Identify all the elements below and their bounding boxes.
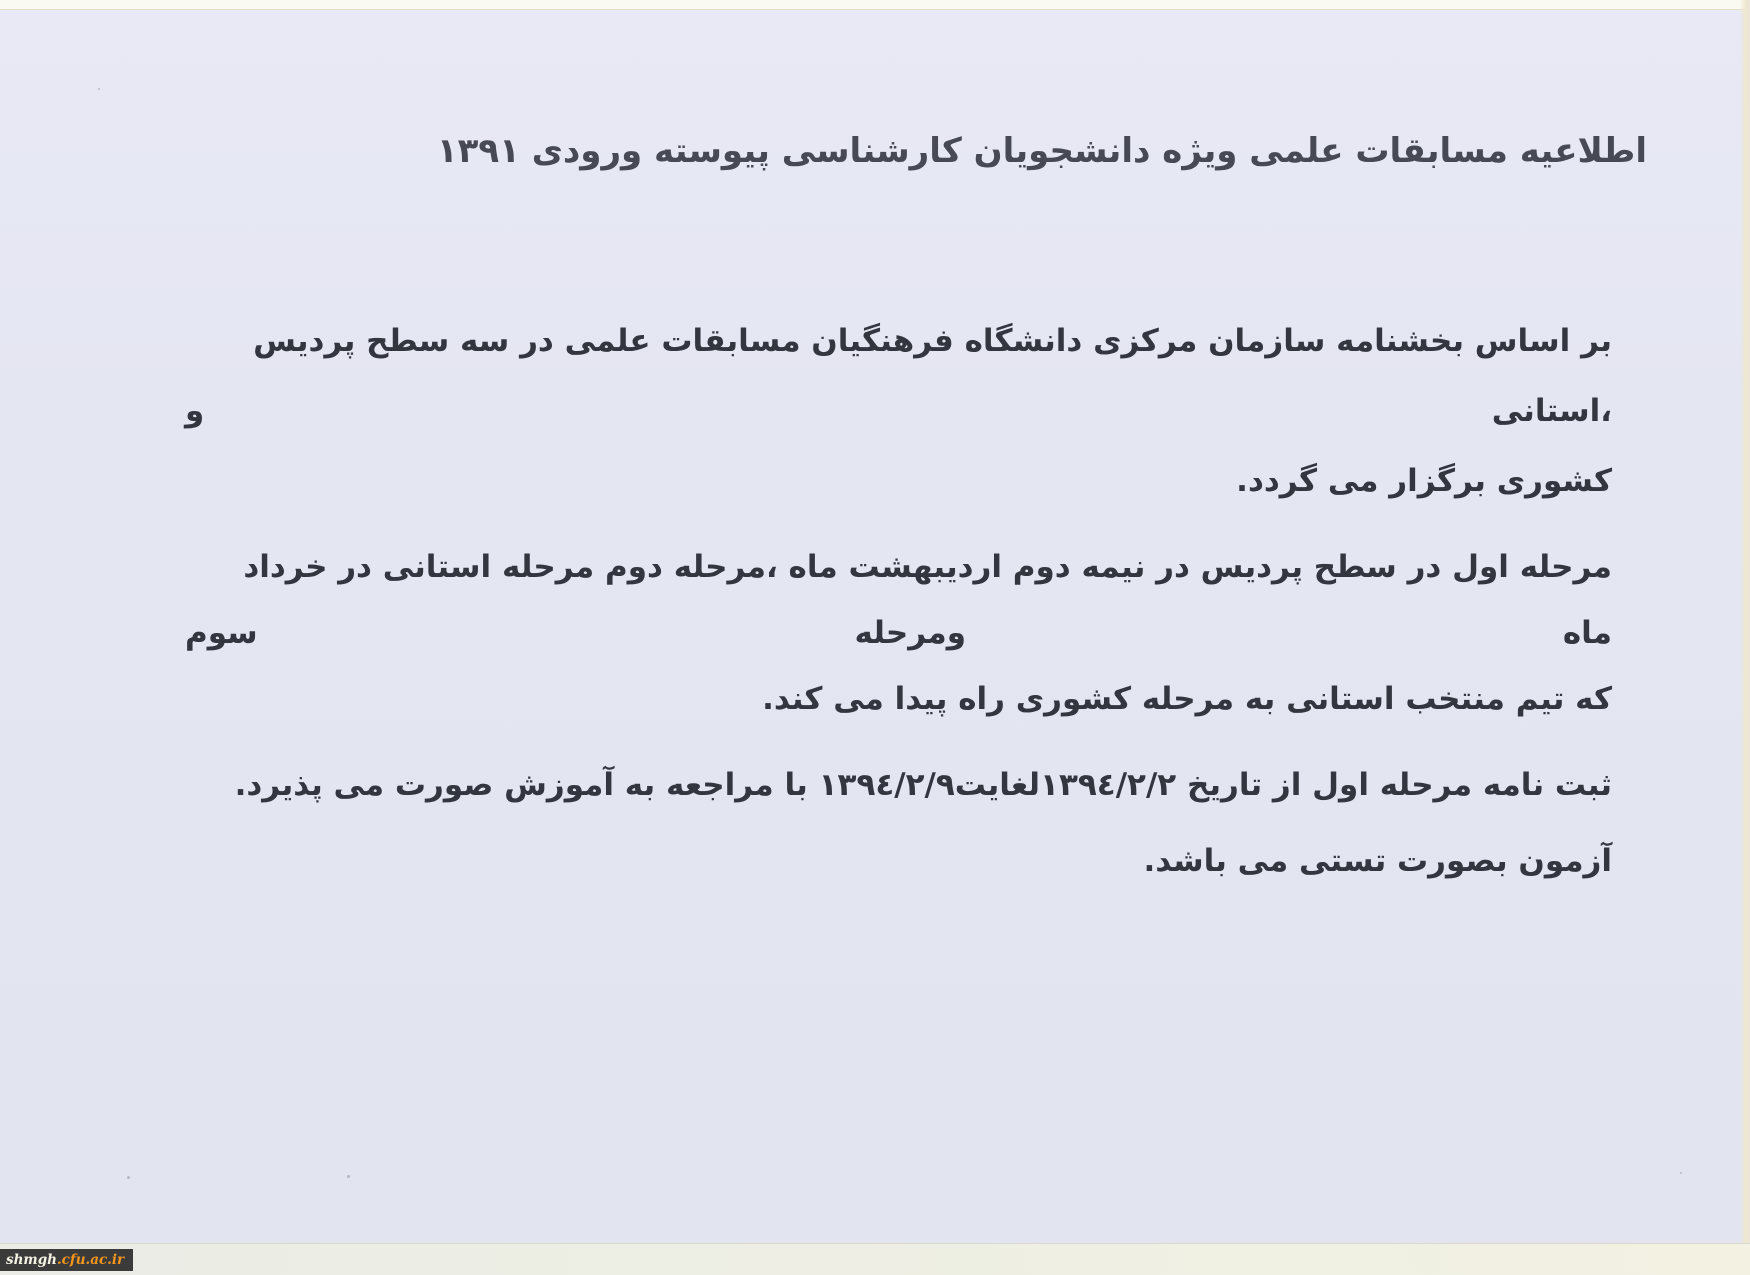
body-line-6: آزمون بصورت تستی می باشد. <box>185 828 1612 894</box>
scanner-bed-strip <box>0 1243 1750 1275</box>
paper: اطلاعیه مسابقات علمی ویژه دانشجویان کارش… <box>0 0 1750 1244</box>
scan-right-edge <box>1740 0 1750 1244</box>
body-line-3: مرحله اول در سطح پردیس در نیمه دوم اردیب… <box>185 534 1612 666</box>
document-body: بر اساس بخشنامه سازمان مرکزی دانشگاه فره… <box>185 306 1612 894</box>
dust-speck <box>347 1175 350 1178</box>
watermark-url: shmgh.cfu.ac.ir <box>0 1249 133 1271</box>
scan-top-edge <box>0 0 1750 10</box>
dust-speck <box>1680 1172 1682 1174</box>
watermark-domain: .cfu.ac.ir <box>57 1252 124 1268</box>
body-line-5: ثبت نامه مرحله اول از تاریخ ١٣٩٤/٢/٢لغای… <box>185 752 1612 818</box>
body-line-2: کشوری برگزار می گردد. <box>185 446 1612 516</box>
watermark-site-name: shmgh <box>6 1252 57 1268</box>
body-line-1: بر اساس بخشنامه سازمان مرکزی دانشگاه فره… <box>185 306 1612 446</box>
body-line-4: که تیم منتخب استانی به مرحله کشوری راه پ… <box>185 666 1612 732</box>
document-title: اطلاعیه مسابقات علمی ویژه دانشجویان کارش… <box>437 121 1647 181</box>
scanned-page: اطلاعیه مسابقات علمی ویژه دانشجویان کارش… <box>0 0 1750 1275</box>
dust-speck <box>98 88 100 90</box>
dust-speck <box>127 1176 130 1179</box>
